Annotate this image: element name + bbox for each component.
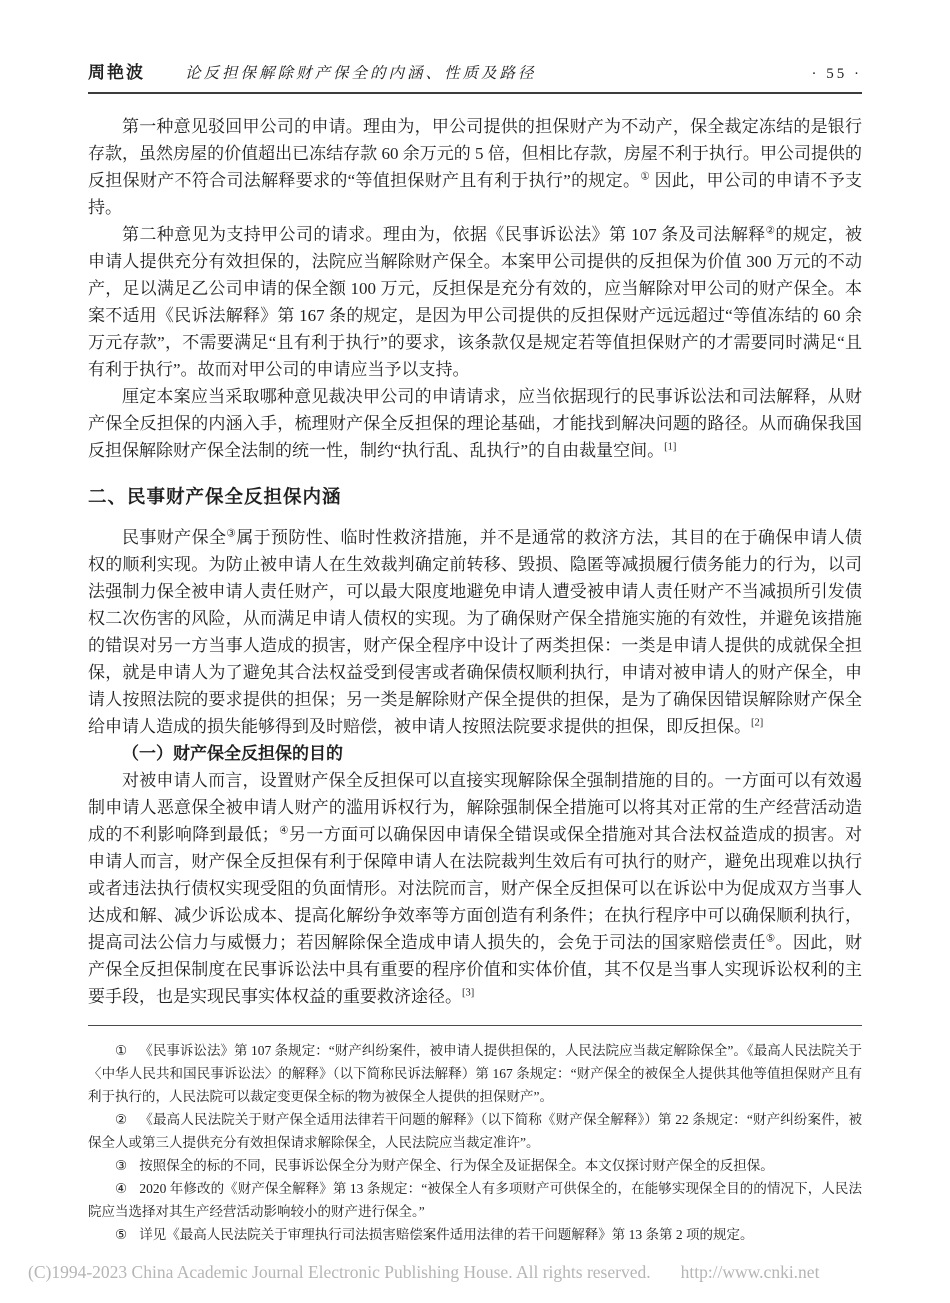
footnote-item: ③按照保全的标的不同，民事诉讼保全分为财产保全、行为保全及证据保全。本文仅探讨财… [88, 1154, 862, 1177]
body-paragraph: 对被申请人而言，设置财产保全反担保可以直接实现解除保全强制措施的目的。一方面可以… [88, 767, 862, 1010]
footnote-item: ②《最高人民法院关于财产保全适用法律若干问题的解释》（以下简称《财产保全解释》）… [88, 1108, 862, 1154]
footnote-item: ④2020 年修改的《财产保全解释》第 13 条规定：“被保全人有多项财产可供保… [88, 1177, 862, 1223]
footnote-item: ⑤详见《最高人民法院关于审理执行司法损害赔偿案件适用法律的若干问题解释》第 13… [88, 1223, 862, 1246]
footnote-reference: ⑤ [766, 933, 776, 944]
footnote-reference: ③ [226, 528, 236, 539]
page-content: 周艳波 论反担保解除财产保全的内涵、性质及路径 · 55 · 第一种意见驳回甲公… [0, 0, 950, 1246]
footnote-marker: ④ [115, 1181, 127, 1196]
footnote-marker: ② [115, 1112, 127, 1127]
publisher-url: http://www.cnki.net [681, 1262, 820, 1282]
body-paragraph: 第一种意见驳回甲公司的申请。理由为，甲公司提供的担保财产为不动产，保全裁定冻结的… [88, 113, 862, 221]
body-paragraph: 第二种意见为支持甲公司的请求。理由为，依据《民事诉讼法》第 107 条及司法解释… [88, 221, 862, 383]
footnote-marker: ③ [115, 1158, 127, 1173]
footnotes-section: ①《民事诉讼法》第 107 条规定：“财产纠纷案件，被申请人提供担保的，人民法院… [88, 1025, 862, 1246]
page-number: · 55 · [812, 66, 863, 83]
running-title: 论反担保解除财产保全的内涵、性质及路径 [185, 61, 537, 83]
footnote-reference: [1] [664, 441, 676, 452]
body-paragraph: 厘定本案应当采取哪种意见裁决甲公司的申请请求，应当依据现行的民事诉讼法和司法解释… [88, 383, 862, 464]
footnote-reference: ② [766, 225, 776, 236]
copyright-text: (C)1994-2023 China Academic Journal Elec… [28, 1262, 651, 1282]
footnote-reference: [2] [751, 717, 763, 728]
document-page: 周艳波 论反担保解除财产保全的内涵、性质及路径 · 55 · 第一种意见驳回甲公… [0, 0, 950, 1303]
page-header: 周艳波 论反担保解除财产保全的内涵、性质及路径 · 55 · [88, 58, 862, 94]
footnote-item: ①《民事诉讼法》第 107 条规定：“财产纠纷案件，被申请人提供担保的，人民法院… [88, 1039, 862, 1108]
subsection-heading: （一）财产保全反担保的目的 [88, 740, 862, 767]
footnote-reference: ① [640, 171, 650, 182]
footnote-marker: ⑤ [115, 1227, 127, 1242]
footnote-reference: ④ [279, 825, 289, 836]
author-name: 周艳波 [88, 58, 145, 83]
section-heading: 二、民事财产保全反担保内涵 [88, 483, 862, 511]
footnote-reference: [3] [462, 987, 474, 998]
page-footer: (C)1994-2023 China Academic Journal Elec… [28, 1262, 819, 1283]
footnote-marker: ① [115, 1043, 127, 1058]
body-paragraph: 民事财产保全③属于预防性、临时性救济措施，并不是通常的救济方法，其目的在于确保申… [88, 524, 862, 740]
article-body: 第一种意见驳回甲公司的申请。理由为，甲公司提供的担保财产为不动产，保全裁定冻结的… [88, 94, 862, 1010]
